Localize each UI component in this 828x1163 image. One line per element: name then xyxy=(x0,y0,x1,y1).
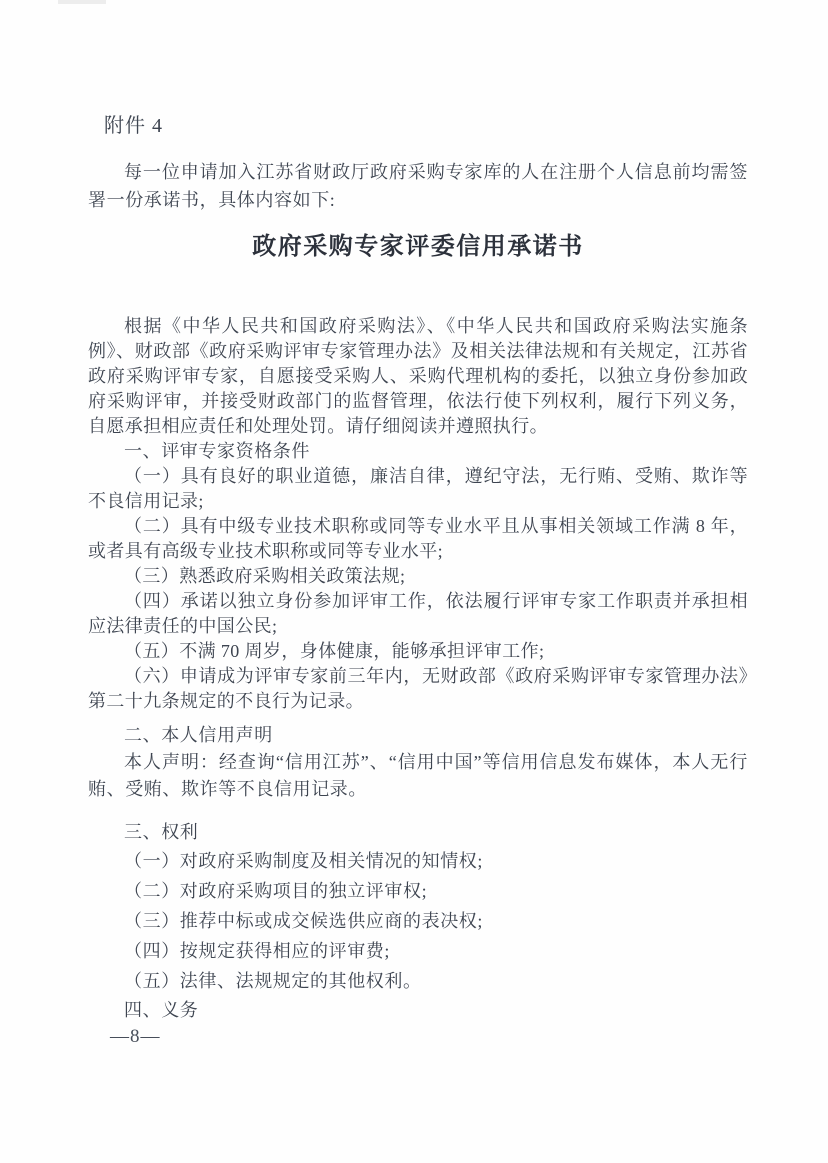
section-1-item-1: （一）具有良好的职业道德，廉洁自律，遵纪守法，无行贿、受贿、欺诈等不良信用记录; xyxy=(88,464,748,514)
section-1-heading: 一、评审专家资格条件 xyxy=(88,439,748,464)
section-qualifications: 一、评审专家资格条件 （一）具有良好的职业道德，廉洁自律，遵纪守法，无行贿、受贿… xyxy=(88,439,748,714)
section-3-item-3: （三）推荐中标或成交候选供应商的表决权; xyxy=(88,906,748,936)
preamble-paragraph: 根据《中华人民共和国政府采购法》、《中华人民共和国政府采购法实施条例》、财政部《… xyxy=(88,314,748,439)
document-title: 政府采购专家评委信用承诺书 xyxy=(88,232,748,262)
section-3-item-5: （五）法律、法规规定的其他权利。 xyxy=(88,966,748,996)
section-1-item-3: （三）熟悉政府采购相关政策法规; xyxy=(88,564,748,589)
section-2-heading: 二、本人信用声明 xyxy=(88,722,748,749)
section-3-item-1: （一）对政府采购制度及相关情况的知情权; xyxy=(88,846,748,876)
page-number: —8— xyxy=(110,1024,748,1050)
scan-artifact-mark xyxy=(58,0,106,4)
section-1-item-6: （六）申请成为评审专家前三年内，无财政部《政府采购评审专家管理办法》第二十九条规… xyxy=(88,664,748,714)
section-3-item-2: （二）对政府采购项目的独立评审权; xyxy=(88,876,748,906)
section-credit-declaration: 二、本人信用声明 本人声明：经查询“信用江苏”、“信用中国”等信用信息发布媒体，… xyxy=(88,722,748,803)
section-3-item-4: （四）按规定获得相应的评审费; xyxy=(88,936,748,966)
document-page: 附件 4 每一位申请加入江苏省财政厅政府采购专家库的人在注册个人信息前均需签署一… xyxy=(0,0,828,1163)
section-rights: 三、权利 （一）对政府采购制度及相关情况的知情权; （二）对政府采购项目的独立评… xyxy=(88,819,748,996)
section-1-item-2: （二）具有中级专业技术职称或同等专业水平且从事相关领域工作满 8 年，或者具有高… xyxy=(88,514,748,564)
section-2-body: 本人声明：经查询“信用江苏”、“信用中国”等信用信息发布媒体，本人无行贿、受贿、… xyxy=(88,749,748,803)
section-3-heading: 三、权利 xyxy=(88,819,748,846)
intro-paragraph: 每一位申请加入江苏省财政厅政府采购专家库的人在注册个人信息前均需签署一份承诺书，… xyxy=(88,158,748,214)
section-4-heading: 四、义务 xyxy=(88,996,748,1024)
section-1-item-5: （五）不满 70 周岁，身体健康，能够承担评审工作; xyxy=(88,639,748,664)
section-1-item-4: （四）承诺以独立身份参加评审工作，依法履行评审专家工作职责并承担相应法律责任的中… xyxy=(88,589,748,639)
attachment-label: 附件 4 xyxy=(104,112,748,140)
